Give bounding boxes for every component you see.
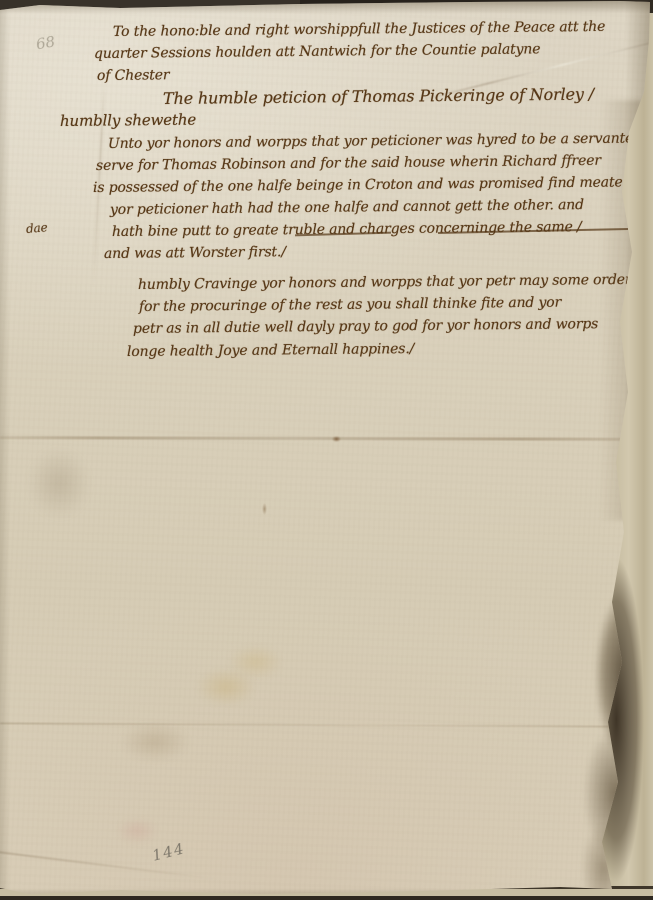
- body-line: and was att Worster first./: [104, 244, 286, 262]
- folio-number-pencil: 144: [150, 839, 187, 864]
- closing-line: longe health Joye and Eternall happines.…: [127, 341, 414, 360]
- horizontal-fold-crease: [0, 436, 653, 441]
- stain: [116, 818, 158, 844]
- closing-line: petr as in all dutie well dayly pray to …: [133, 316, 598, 337]
- stain: [228, 645, 283, 679]
- body-line: yor peticioner hath had the one halfe an…: [110, 197, 584, 218]
- address-line: To the hono:ble and right worshippfull t…: [113, 19, 605, 40]
- manuscript-page: To the hono:ble and right worshippfull t…: [0, 0, 653, 900]
- address-line: of Chester: [97, 67, 170, 84]
- body-line: Unto yor honors and worpps that yor peti…: [108, 130, 651, 152]
- address-line: quarter Sessions houlden att Nantwich fo…: [94, 41, 541, 62]
- corner-pencil-mark: 68: [35, 32, 57, 53]
- closing-line: for the procuringe of the rest as you sh…: [139, 295, 561, 315]
- salutation-line: humblly shewethe: [60, 111, 196, 130]
- body-line: serve for Thomas Robinson and for the sa…: [96, 153, 601, 174]
- petition-title-line: The humble peticion of Thomas Pickeringe…: [163, 84, 594, 108]
- ink-speck: [262, 503, 267, 515]
- manuscript-scan: To the hono:ble and right worshippfull t…: [0, 0, 653, 900]
- ink-speck: [332, 436, 341, 442]
- margin-note: dae: [25, 220, 48, 236]
- closing-line: humbly Cravinge yor honors and worpps th…: [138, 272, 632, 293]
- stain: [28, 448, 90, 518]
- stain: [120, 722, 190, 762]
- lower-fold-crease: [0, 722, 620, 727]
- stain: [196, 668, 256, 706]
- body-line: is possessed of the one halfe beinge in …: [93, 174, 623, 196]
